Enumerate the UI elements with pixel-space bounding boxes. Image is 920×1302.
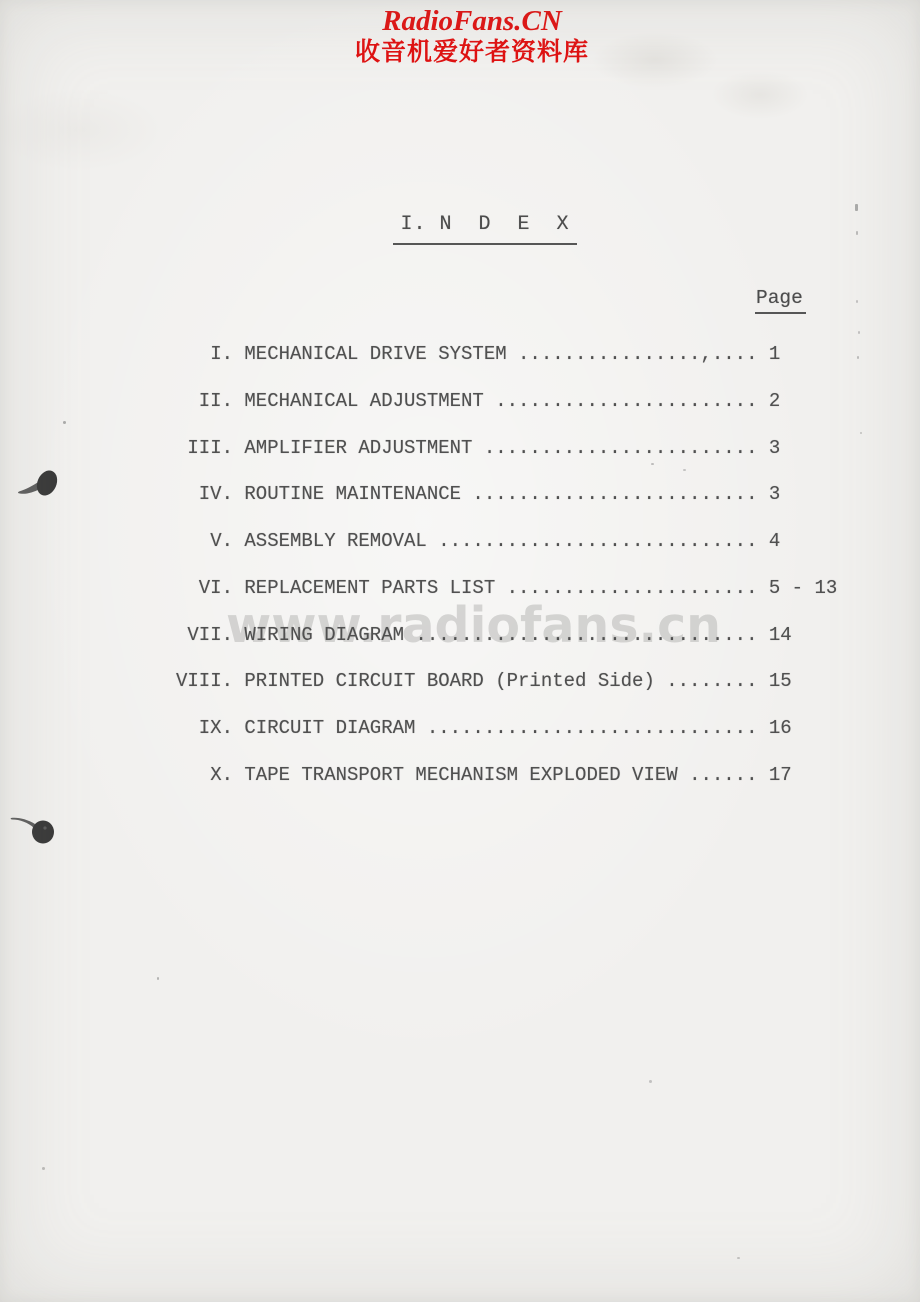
toc-entry: X.TAPE TRANSPORT MECHANISM EXPLODED VIEW… (176, 752, 837, 799)
table-of-contents: I.MECHANICAL DRIVE SYSTEM...............… (176, 331, 837, 799)
entry-numeral: VI. (176, 565, 233, 612)
entry-title: AMPLIFIER ADJUSTMENT (244, 437, 472, 459)
document-title-wrap: I. N D E X (0, 213, 920, 245)
entry-leader: ...... (678, 764, 769, 786)
entry-title: REPLACEMENT PARTS LIST (244, 577, 495, 599)
toc-entry: VII.WIRING DIAGRAM......................… (176, 612, 837, 659)
entry-title: MECHANICAL ADJUSTMENT (244, 390, 483, 412)
paper-speck (855, 204, 858, 211)
paper-speck (157, 977, 159, 980)
entry-numeral: I. (176, 331, 233, 378)
toc-entry: IX.CIRCUIT DIAGRAM......................… (176, 705, 837, 752)
paper-speck (683, 469, 686, 471)
paper-speck (737, 1257, 740, 1259)
entry-numeral: III. (176, 425, 233, 472)
toc-entry: V.ASSEMBLY REMOVAL......................… (176, 518, 837, 565)
entry-numeral: IV. (176, 471, 233, 518)
page-column-label: Page (755, 287, 806, 314)
toc-entry: IV.ROUTINE MAINTENANCE..................… (176, 471, 837, 518)
paper-speck (63, 421, 66, 424)
entry-leader: ......................... (461, 483, 769, 505)
entry-leader: ................,.... (507, 343, 769, 365)
paper-speck (651, 463, 654, 465)
entry-numeral: IX. (176, 705, 233, 752)
entry-leader: ...................... (495, 577, 769, 599)
entry-numeral: V. (176, 518, 233, 565)
ink-blot-bottom (8, 810, 60, 850)
site-header: RadioFans.CN 收音机爱好者资料库 (0, 5, 920, 66)
entry-numeral: II. (176, 378, 233, 425)
paper-speck (42, 1167, 45, 1170)
toc-entry: I.MECHANICAL DRIVE SYSTEM...............… (176, 331, 837, 378)
paper-speck (649, 1080, 652, 1083)
entry-page: 17 (769, 764, 792, 786)
toc-entry: VI.REPLACEMENT PARTS LIST...............… (176, 565, 837, 612)
entry-title: MECHANICAL DRIVE SYSTEM (244, 343, 506, 365)
entry-leader: ............................. (415, 717, 768, 739)
entry-leader: ........................ (472, 437, 768, 459)
entry-title: TAPE TRANSPORT MECHANISM EXPLODED VIEW (244, 764, 677, 786)
entry-numeral: VIII. (176, 658, 233, 705)
paper-speck (860, 432, 862, 434)
entry-page: 3 (769, 437, 780, 459)
scanned-index-page: RadioFans.CN 收音机爱好者资料库 I. N D E X Page w… (0, 0, 920, 1302)
entry-title: ROUTINE MAINTENANCE (244, 483, 461, 505)
entry-leader: .............................. (404, 624, 769, 646)
entry-page: 16 (769, 717, 792, 739)
entry-title: WIRING DIAGRAM (244, 624, 404, 646)
entry-page: 3 (769, 483, 780, 505)
entry-title: CIRCUIT DIAGRAM (244, 717, 415, 739)
entry-leader: ....................... (484, 390, 769, 412)
entry-page: 1 (769, 343, 780, 365)
entry-page: 4 (769, 530, 780, 552)
document-title: I. N D E X (393, 213, 576, 245)
entry-leader: ............................ (427, 530, 769, 552)
toc-entry: II.MECHANICAL ADJUSTMENT................… (176, 378, 837, 425)
toc-entry: III.AMPLIFIER ADJUSTMENT................… (176, 425, 837, 472)
site-subtitle: 收音机爱好者资料库 (24, 38, 920, 66)
paper-speck (857, 356, 859, 359)
entry-title: ASSEMBLY REMOVAL (244, 530, 426, 552)
entry-page: 5 - 13 (769, 577, 837, 599)
entry-leader: ........ (655, 670, 769, 692)
entry-page: 2 (769, 390, 780, 412)
ink-blot-top (16, 466, 64, 502)
entry-numeral: X. (176, 752, 233, 799)
entry-page: 14 (769, 624, 792, 646)
site-name: RadioFans.CN (24, 5, 920, 37)
paper-speck (856, 300, 858, 303)
paper-speck (858, 331, 860, 334)
entry-page: 15 (769, 670, 792, 692)
entry-title: PRINTED CIRCUIT BOARD (Printed Side) (244, 670, 654, 692)
entry-numeral: VII. (176, 612, 233, 659)
toc-entry: VIII.PRINTED CIRCUIT BOARD (Printed Side… (176, 658, 837, 705)
